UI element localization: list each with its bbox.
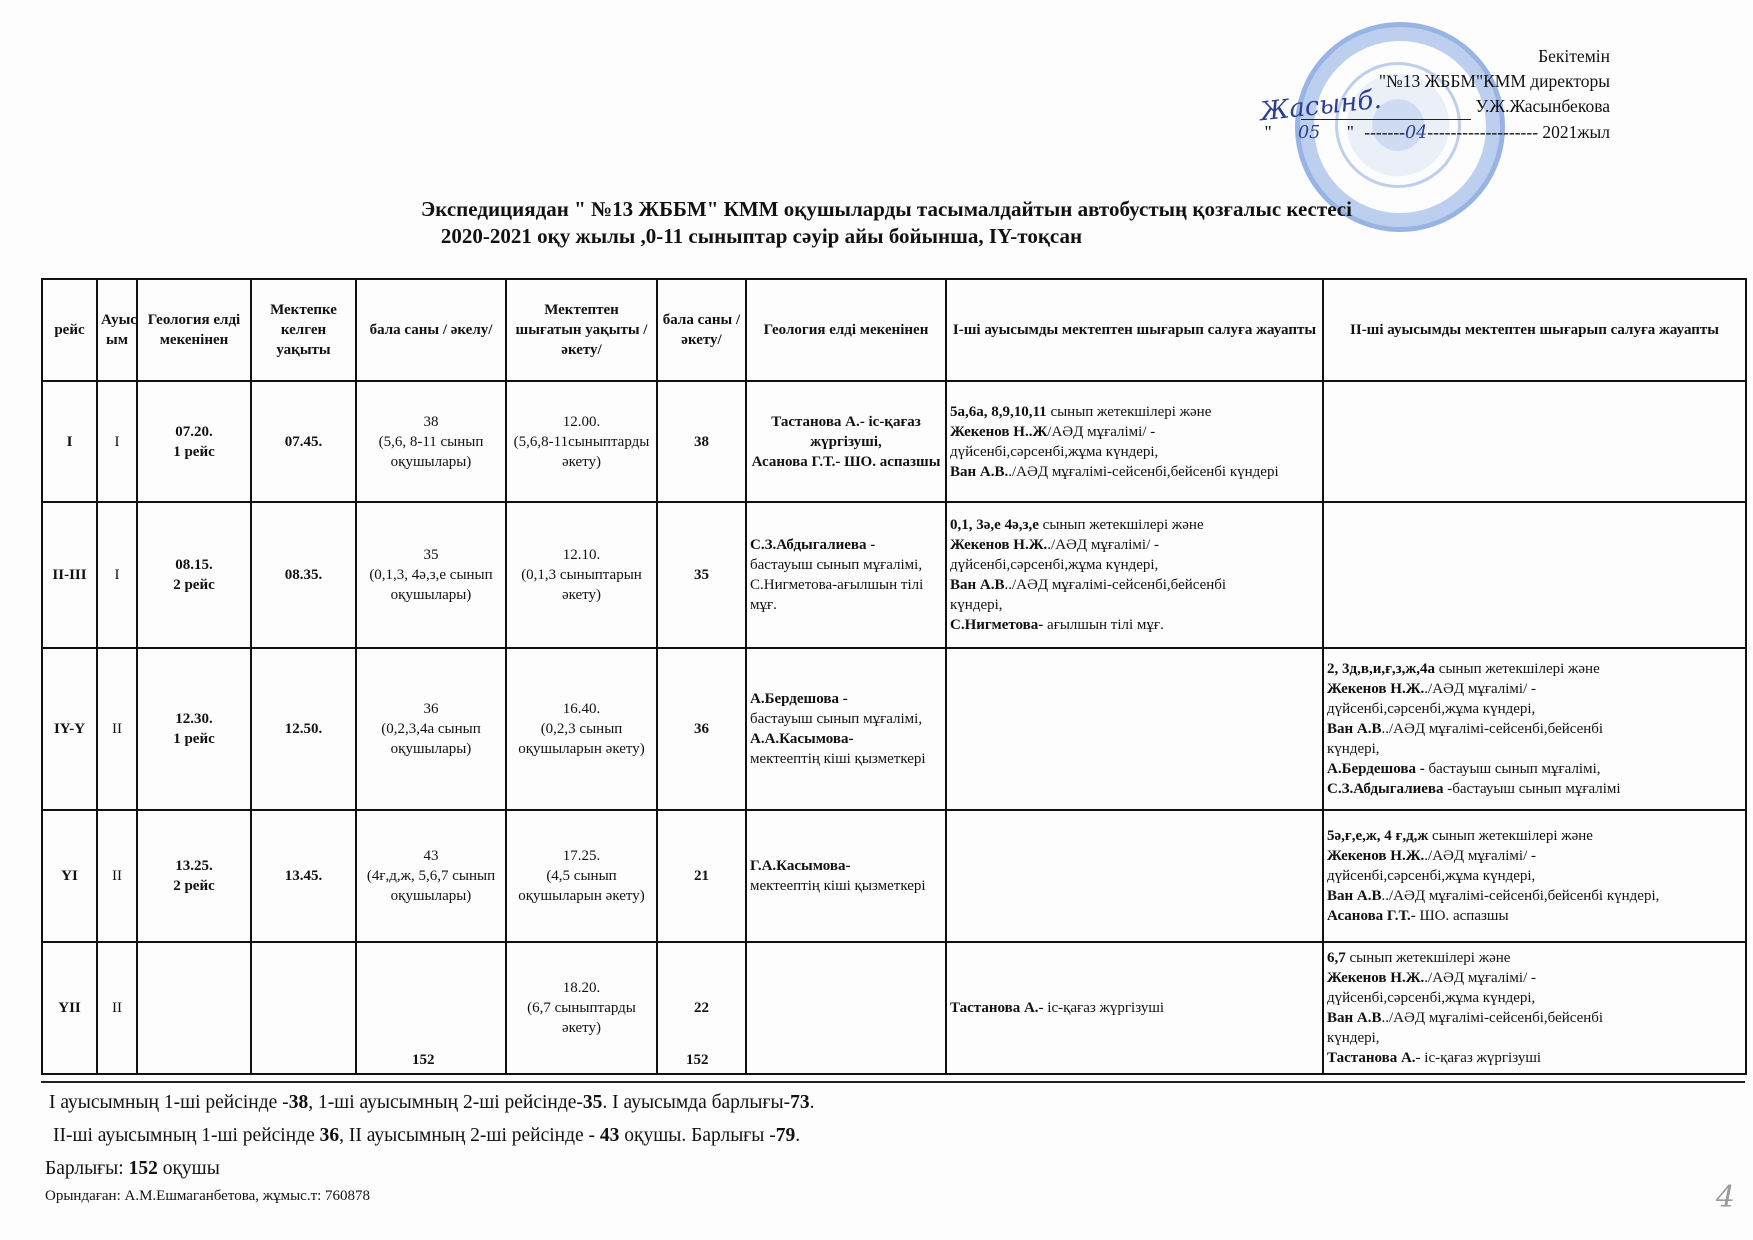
- shift2_resp-line: Жекенов Н.Ж../АӘД мұғалімі/ -: [1327, 681, 1536, 697]
- header-shift1-responsible: І-ші ауысымды мектептен шығарып салуға ж…: [946, 279, 1323, 381]
- approval-date: " 05 " -------04------------------- 2021…: [1190, 120, 1610, 146]
- cell-geo-responsible: [746, 942, 946, 1074]
- date-month: 04: [1405, 123, 1427, 143]
- cell-arrive-time: 07.45.: [251, 381, 356, 502]
- shift1_resp-line: 5а,6а, 8,9,10,11 сынып жетекшілері және: [950, 404, 1211, 420]
- approval-position: "№13 ЖББМ"КММ директоры: [1190, 69, 1610, 94]
- approval-block: Бекітемін "№13 ЖББМ"КММ директоры У.Ж.Жа…: [1190, 44, 1610, 146]
- cell-geo-depart: 08.15.2 рейс: [137, 502, 251, 648]
- cell-shift1-responsible: 0,1, 3ә,е 4ә,з,е сынып жетекшілері жәнеЖ…: [946, 502, 1323, 648]
- shift1_resp-line: күндері,: [950, 597, 1003, 613]
- bus-schedule-table: рейс Ауыс ым Геология елді мекенінен Мек…: [41, 278, 1747, 1075]
- cell-shift2-responsible: 2, 3д,в,и,ғ,з,ж,4а сынып жетекшілері жән…: [1323, 648, 1746, 810]
- approval-title: Бекітемін: [1190, 44, 1610, 69]
- cell-shift: І: [97, 381, 137, 502]
- cell-shift: І: [97, 502, 137, 648]
- header-geo-responsible: Геология елді мекенінен: [746, 279, 946, 381]
- table-row: YІІІІ18.20.(6,7 сыныптарды әкету)22Таста…: [42, 942, 1746, 1074]
- cell-arrive-time: 12.50.: [251, 648, 356, 810]
- header-shift: Ауыс ым: [97, 279, 137, 381]
- cell-depart-time: 12.10.(0,1,3 сыныптарын әкету): [506, 502, 657, 648]
- cell-shift2-responsible: 5ә,ғ,е,ж, 4 ғ,д,ж сынып жетекшілері және…: [1323, 810, 1746, 942]
- cell-reis: YІ: [42, 810, 97, 942]
- header-shift2-responsible: ІІ-ші ауысымды мектептен шығарып салуға …: [1323, 279, 1746, 381]
- cell-shift2-responsible: [1323, 502, 1746, 648]
- cell-count-out: 38: [657, 381, 746, 502]
- cell-reis: ІY-Y: [42, 648, 97, 810]
- cell-geo-responsible: Г.А.Касымова-мектеептің кіші қызметкері: [746, 810, 946, 942]
- geo_resp-line: С.З.Абдыгалиева -: [750, 535, 942, 555]
- executor-note: Орындаған: А.М.Ешмаганбетова, жұмыс.т: 7…: [45, 1188, 370, 1205]
- table-row: ІІ-ІІІІ08.15.2 рейс08.35.35(0,1,3, 4ә,з,…: [42, 502, 1746, 648]
- cell-count-in: 43(4ғ,д,ж, 5,6,7 сынып оқушылары): [356, 810, 506, 942]
- cell-arrive-time: 08.35.: [251, 502, 356, 648]
- cell-geo-depart: 13.25.2 рейс: [137, 810, 251, 942]
- cell-depart-time: 18.20.(6,7 сыныптарды әкету): [506, 942, 657, 1074]
- table-row: YІІІ13.25.2 рейс13.45.43(4ғ,д,ж, 5,6,7 с…: [42, 810, 1746, 942]
- geo_resp-line: А.Бердешова -: [750, 689, 942, 709]
- cell-geo-responsible: С.З.Абдыгалиева -бастауыш сынып мұғалімі…: [746, 502, 946, 648]
- director-name: У.Ж.Жасынбекова: [1476, 96, 1610, 116]
- cell-arrive-time: [251, 942, 356, 1074]
- cell-shift: ІІ: [97, 648, 137, 810]
- cell-geo-depart: 12.30.1 рейс: [137, 648, 251, 810]
- cell-geo-responsible: А.Бердешова -бастауыш сынып мұғалімі,А.А…: [746, 648, 946, 810]
- table-row: ІІ07.20.1 рейс07.45.38(5,6, 8-11 сынып о…: [42, 381, 1746, 502]
- shift1_resp-line: Ван А.В../АӘД мұғалімі-сейсенбі,бейсенбі: [950, 577, 1226, 593]
- header-count-in: бала саны / әкелу/: [356, 279, 506, 381]
- cell-depart-time: 16.40.(0,2,3 сынып оқушыларын әкету): [506, 648, 657, 810]
- shift2_resp-line: дүйсенбі,сәрсенбі,жұма күндері,: [1327, 701, 1535, 717]
- shift1_resp-line: Тастанова А.- іс-қағаз жүргізуші: [950, 1000, 1164, 1016]
- cell-shift: ІІ: [97, 942, 137, 1074]
- cell-shift1-responsible: [946, 648, 1323, 810]
- shift2_resp-line: А.Бердешова - бастауыш сынып мұғалімі,: [1327, 761, 1601, 777]
- cell-count-in: 35(0,1,3, 4ә,з,е сынып оқушылары): [356, 502, 506, 648]
- summary-line-shift1: І ауысымның 1-ші рейсінде -38, 1-ші ауыс…: [45, 1086, 814, 1119]
- geo_resp-line: мектеептің кіші қызметкері: [750, 749, 942, 769]
- geo_resp-line: бастауыш сынып мұғалімі,: [750, 709, 942, 729]
- cell-reis: І: [42, 381, 97, 502]
- approval-signature-line: У.Ж.Жасынбекова: [1190, 94, 1610, 120]
- cell-count-out: 21: [657, 810, 746, 942]
- cell-shift1-responsible: [946, 810, 1323, 942]
- cell-count-out: 35: [657, 502, 746, 648]
- geo_resp-line: Тастанова А.- іс-қағаз жүргізуші,: [750, 412, 942, 452]
- shift1_resp-line: Ван А.В../АӘД мұғалімі-сейсенбі,бейсенбі…: [950, 464, 1279, 480]
- summary-line-total: Барлығы: 152 оқушы: [45, 1152, 814, 1185]
- geo_resp-line: мектеептің кіші қызметкері: [750, 876, 942, 896]
- shift2_resp-line: Ван А.В../АӘД мұғалімі-сейсенбі,бейсенбі: [1327, 721, 1603, 737]
- shift2_resp-line: дүйсенбі,сәрсенбі,жұма күндері,: [1327, 990, 1535, 1006]
- cell-geo-responsible: Тастанова А.- іс-қағаз жүргізуші,Асанова…: [746, 381, 946, 502]
- cell-reis: ІІ-ІІІ: [42, 502, 97, 648]
- shift2_resp-line: күндері,: [1327, 1030, 1380, 1046]
- geo_resp-line: А.А.Касымова-: [750, 729, 942, 749]
- header-depart-time: Мектептен шығатын уақыты /әкету/: [506, 279, 657, 381]
- summary-line-shift2: ІІ-ші ауысымның 1-ші рейсінде 36, ІІ ауы…: [45, 1119, 814, 1152]
- shift2_resp-line: Ван А.В../АӘД мұғалімі-сейсенбі,бейсенбі…: [1327, 888, 1659, 904]
- total-count-in: 152: [412, 1052, 435, 1069]
- cell-shift1-responsible: Тастанова А.- іс-қағаз жүргізуші: [946, 942, 1323, 1074]
- cell-reis: YІІ: [42, 942, 97, 1074]
- date-day: 05: [1298, 123, 1320, 143]
- cell-depart-time: 17.25.(4,5 сынып оқушыларын әкету): [506, 810, 657, 942]
- header-reis: рейс: [42, 279, 97, 381]
- shift1_resp-line: С.Нигметова- ағылшын тілі мұғ.: [950, 617, 1164, 633]
- shift2_resp-line: дүйсенбі,сәрсенбі,жұма күндері,: [1327, 868, 1535, 884]
- geo_resp-line: Г.А.Касымова-: [750, 856, 942, 876]
- cell-arrive-time: 13.45.: [251, 810, 356, 942]
- cell-shift2-responsible: [1323, 381, 1746, 502]
- summary-block: І ауысымның 1-ші рейсінде -38, 1-ші ауыс…: [45, 1086, 814, 1185]
- shift2_resp-line: Тастанова А.- іс-қағаз жүргізуші: [1327, 1050, 1541, 1066]
- divider: [41, 1081, 1745, 1083]
- cell-shift1-responsible: 5а,6а, 8,9,10,11 сынып жетекшілері жәнеЖ…: [946, 381, 1323, 502]
- shift1_resp-line: 0,1, 3ә,е 4ә,з,е сынып жетекшілері және: [950, 517, 1204, 533]
- cell-count-in: 38(5,6, 8-11 сынып оқушылары): [356, 381, 506, 502]
- geo_resp-line: Асанова Г.Т.- ШО. аспазшы: [750, 452, 942, 472]
- cell-geo-depart: 07.20.1 рейс: [137, 381, 251, 502]
- title-line-1: Экспедициядан " №13 ЖББМ" КММ оқушыларды…: [10, 196, 1753, 223]
- title-line-2: 2020-2021 оқу жылы ,0-11 сыныптар сәуір …: [0, 223, 1638, 250]
- shift1_resp-line: Жекенов Н.Ж../АӘД мұғалімі/ -: [950, 537, 1159, 553]
- shift2_resp-line: күндері,: [1327, 741, 1380, 757]
- cell-shift2-responsible: 6,7 сынып жетекшілері жәнеЖекенов Н.Ж../…: [1323, 942, 1746, 1074]
- document-title: Экспедициядан " №13 ЖББМ" КММ оқушыларды…: [0, 196, 1753, 250]
- shift2_resp-line: Жекенов Н.Ж../АӘД мұғалімі/ -: [1327, 970, 1536, 986]
- header-count-out: бала саны / әкету/: [657, 279, 746, 381]
- header-geo-depart: Геология елді мекенінен: [137, 279, 251, 381]
- shift2_resp-line: Ван А.В../АӘД мұғалімі-сейсенбі,бейсенбі: [1327, 1010, 1603, 1026]
- cell-depart-time: 12.00.(5,6,8-11сыныптарды әкету): [506, 381, 657, 502]
- cell-shift: ІІ: [97, 810, 137, 942]
- table-header-row: рейс Ауыс ым Геология елді мекенінен Мек…: [42, 279, 1746, 381]
- page-number: 4: [1716, 1180, 1735, 1215]
- cell-geo-depart: [137, 942, 251, 1074]
- header-arrive-time: Мектепке келген уақыты: [251, 279, 356, 381]
- shift2_resp-line: 2, 3д,в,и,ғ,з,ж,4а сынып жетекшілері жән…: [1327, 661, 1600, 677]
- shift2_resp-line: С.З.Абдыгалиева -бастауыш сынып мұғалімі: [1327, 781, 1621, 797]
- cell-count-out: 36: [657, 648, 746, 810]
- shift2_resp-line: 5ә,ғ,е,ж, 4 ғ,д,ж сынып жетекшілері және: [1327, 828, 1593, 844]
- shift1_resp-line: Жекенов Н..Ж/АӘД мұғалімі/ -: [950, 424, 1155, 440]
- shift2_resp-line: Асанова Г.Т.- ШО. аспазшы: [1327, 908, 1509, 924]
- geo_resp-line: бастауыш сынып мұғалімі, С.Нигметова-ағы…: [750, 555, 942, 615]
- table-row: ІY-YІІ12.30.1 рейс12.50.36(0,2,3,4а сыны…: [42, 648, 1746, 810]
- shift1_resp-line: дүйсенбі,сәрсенбі,жұма күндері,: [950, 444, 1158, 460]
- shift1_resp-line: дүйсенбі,сәрсенбі,жұма күндері,: [950, 557, 1158, 573]
- shift2_resp-line: Жекенов Н.Ж../АӘД мұғалімі/ -: [1327, 848, 1536, 864]
- date-year: 2021жыл: [1542, 122, 1610, 142]
- cell-count-in: 36(0,2,3,4а сынып оқушылары): [356, 648, 506, 810]
- total-count-out: 152: [686, 1052, 709, 1069]
- shift2_resp-line: 6,7 сынып жетекшілері және: [1327, 950, 1510, 966]
